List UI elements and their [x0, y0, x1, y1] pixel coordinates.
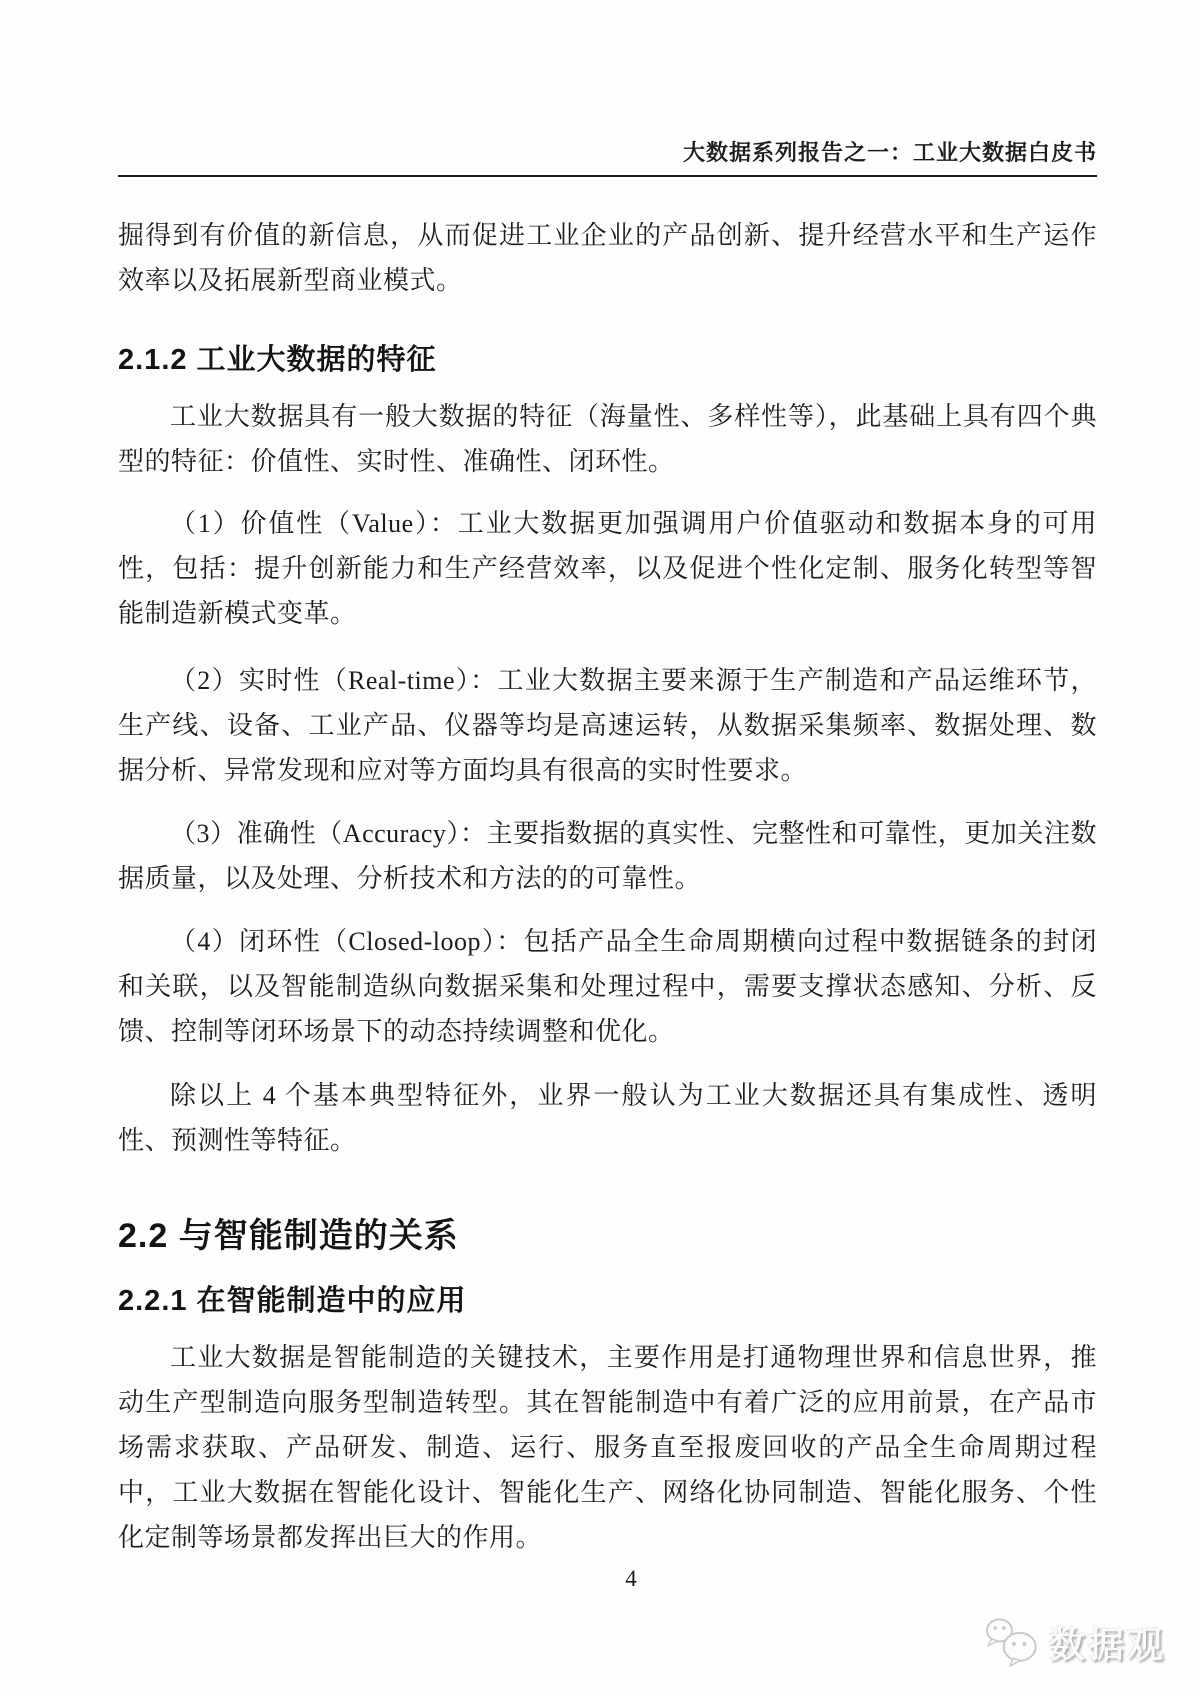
feature-paragraph-value: （1）价值性（Value）：工业大数据更加强调用户价值驱动和数据本身的可用性，包…: [118, 501, 1097, 636]
section-heading-2-1-2: 2.1.2 工业大数据的特征: [118, 341, 1097, 379]
wechat-icon: [983, 1616, 1041, 1668]
page-content: 掘得到有价值的新信息，从而促进工业企业的产品创新、提升经营水平和生产运作效率以及…: [118, 213, 1097, 1560]
document-page: 大数据系列报告之一：工业大数据白皮书 掘得到有价值的新信息，从而促进工业企业的产…: [0, 0, 1200, 1696]
page-number: 4: [0, 1566, 1200, 1592]
body-paragraph: 工业大数据是智能制造的关键技术，主要作用是打通物理世界和信息世界，推动生产型制造…: [118, 1335, 1097, 1560]
watermark: 数据观: [983, 1616, 1166, 1668]
section-heading-2-2: 2.2 与智能制造的关系: [118, 1214, 1097, 1258]
feature-paragraph-realtime: （2）实时性（Real-time）：工业大数据主要来源于生产制造和产品运维环节，…: [118, 658, 1097, 793]
running-head-title: 大数据系列报告之一：工业大数据白皮书: [683, 140, 1097, 165]
body-paragraph: 掘得到有价值的新信息，从而促进工业企业的产品创新、提升经营水平和生产运作效率以及…: [118, 213, 1097, 303]
section-heading-2-2-1: 2.2.1 在智能制造中的应用: [118, 1282, 1097, 1320]
feature-paragraph-closedloop: （4）闭环性（Closed-loop）：包括产品全生命周期横向过程中数据链条的封…: [118, 919, 1097, 1054]
feature-paragraph-accuracy: （3）准确性（Accuracy）：主要指数据的真实性、完整性和可靠性，更加关注数…: [118, 811, 1097, 901]
body-paragraph: 工业大数据具有一般大数据的特征（海量性、多样性等），此基础上具有四个典型的特征：…: [118, 394, 1097, 484]
watermark-label: 数据观: [1049, 1617, 1166, 1668]
body-paragraph: 除以上 4 个基本典型特征外，业界一般认为工业大数据还具有集成性、透明性、预测性…: [118, 1073, 1097, 1163]
page-header: 大数据系列报告之一：工业大数据白皮书: [118, 0, 1097, 177]
